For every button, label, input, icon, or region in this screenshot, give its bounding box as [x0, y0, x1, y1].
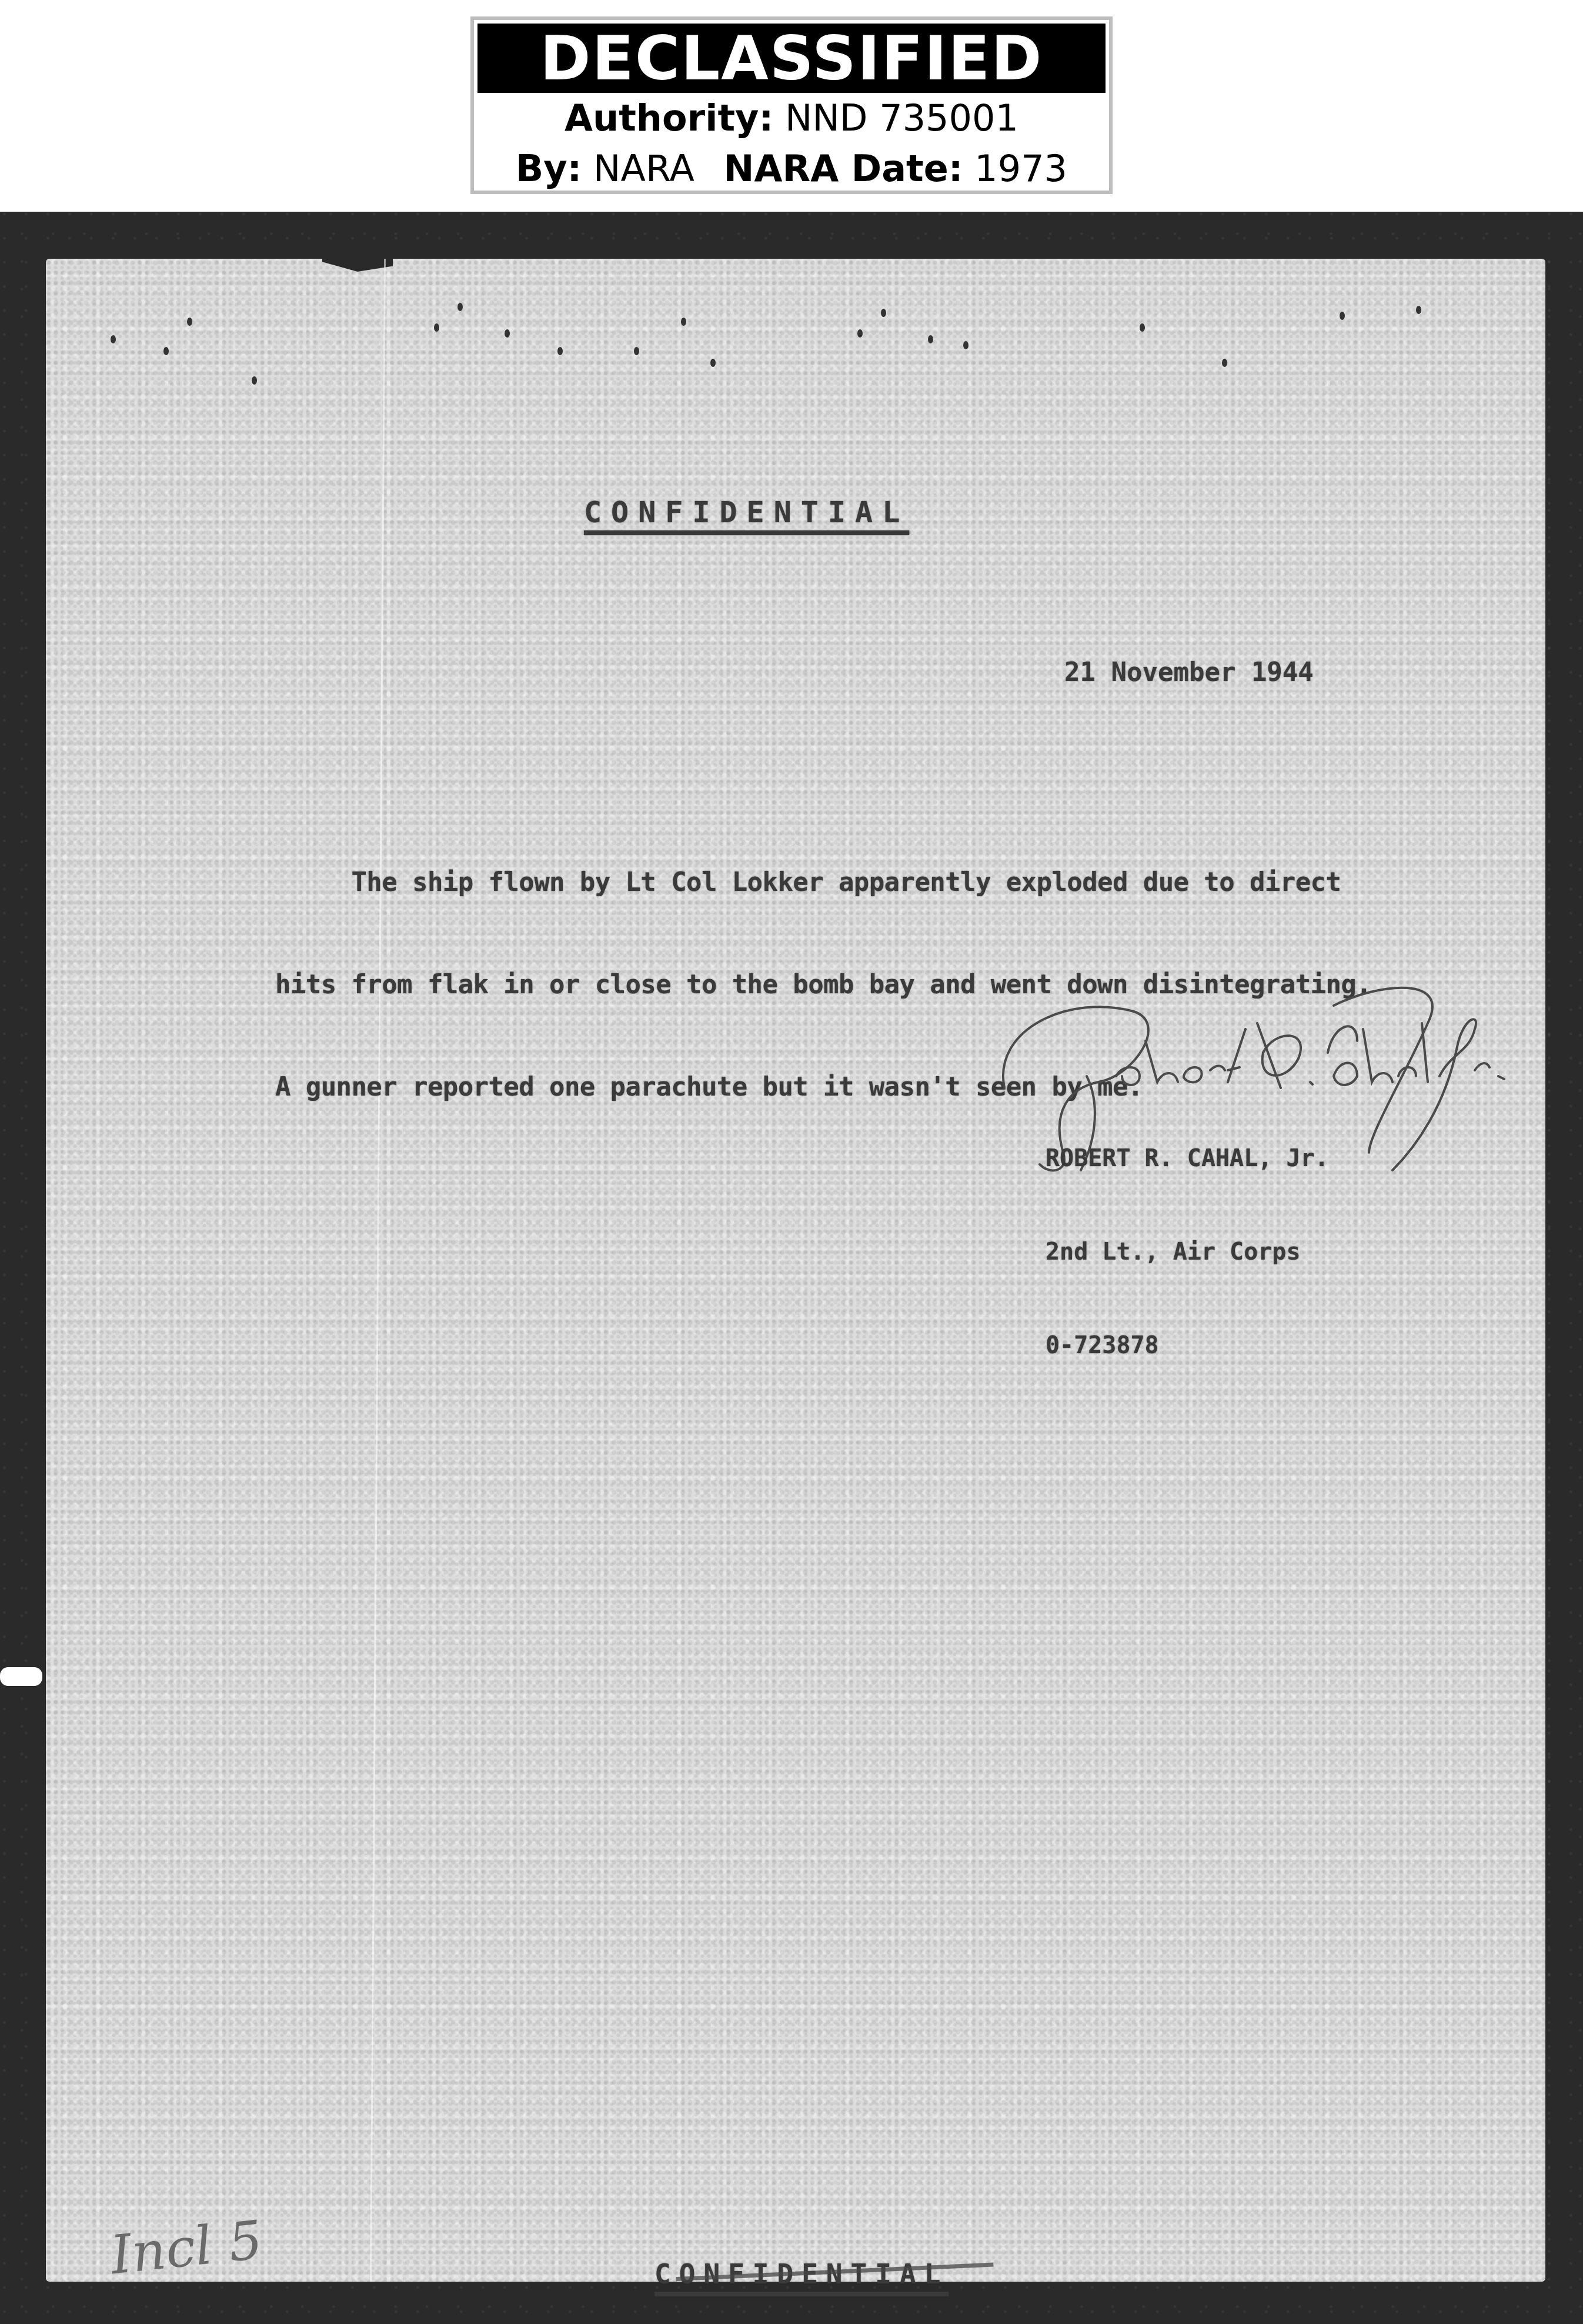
- handwritten-inclosure-note: Incl 5: [108, 2209, 265, 2286]
- stamp-by-line: By: NARA NARA Date: 1973: [477, 143, 1106, 194]
- torn-edge: [322, 258, 393, 272]
- stamp-authority-line: Authority: NND 735001: [477, 93, 1106, 143]
- classification-header: CONFIDENTIAL: [584, 495, 909, 529]
- by-label: By:: [516, 147, 582, 190]
- nara-date-label: NARA Date:: [724, 147, 963, 190]
- document-date: 21 November 1944: [1064, 657, 1314, 687]
- signature-block: ROBERT R. CAHAL, Jr. 2nd Lt., Air Corps …: [1046, 1081, 1329, 1424]
- signer-name: ROBERT R. CAHAL, Jr.: [1046, 1143, 1329, 1174]
- authority-value: NND 735001: [785, 96, 1018, 139]
- stamp-title: DECLASSIFIED: [477, 24, 1106, 93]
- edge-artifact: [0, 1667, 42, 1686]
- signer-serial: 0-723878: [1046, 1330, 1329, 1361]
- by-value: NARA: [593, 147, 694, 190]
- declassified-stamp: DECLASSIFIED Authority: NND 735001 By: N…: [470, 16, 1113, 194]
- film-scratch: [370, 259, 386, 2282]
- body-line: The ship flown by Lt Col Lokker apparent…: [275, 866, 1371, 900]
- nara-date-value: 1973: [974, 147, 1067, 190]
- authority-label: Authority:: [565, 96, 773, 139]
- signer-rank: 2nd Lt., Air Corps: [1046, 1237, 1329, 1268]
- scanned-page-frame: CONFIDENTIAL 21 November 1944 The ship f…: [0, 212, 1583, 2324]
- paper-sheet: CONFIDENTIAL 21 November 1944 The ship f…: [46, 259, 1545, 2282]
